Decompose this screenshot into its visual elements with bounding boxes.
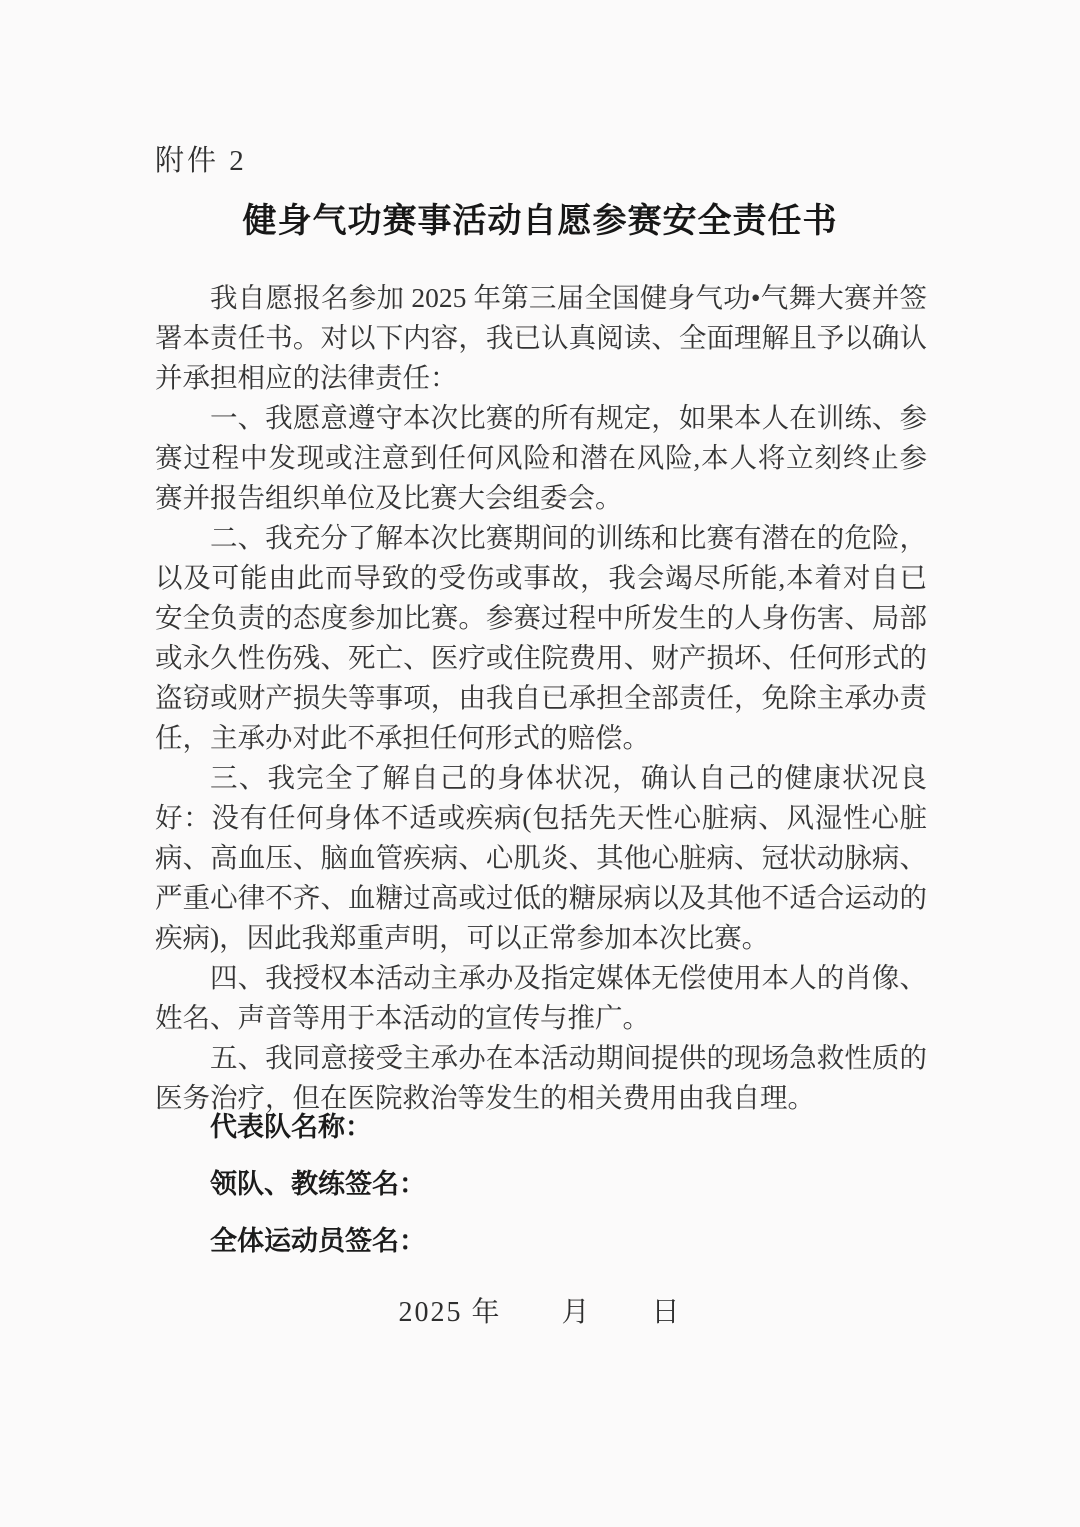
- paragraph-clause-2: 二、我充分了解本次比赛期间的训练和比赛有潜在的危险，以及可能由此而导致的受伤或事…: [155, 518, 927, 758]
- paragraph-clause-4: 四、我授权本活动主承办及指定媒体无偿使用本人的肖像、姓名、声音等用于本活动的宣传…: [155, 958, 927, 1038]
- document-body: 我自愿报名参加 2025 年第三届全国健身气功•气舞大赛并签署本责任书。对以下内…: [155, 278, 927, 1118]
- paragraph-preamble: 我自愿报名参加 2025 年第三届全国健身气功•气舞大赛并签署本责任书。对以下内…: [155, 278, 927, 398]
- leader-coach-signature-label: 领队、教练签名：: [210, 1169, 426, 1199]
- paragraph-clause-5: 五、我同意接受主承办在本活动期间提供的现场急救性质的医务治疗，但在医院救治等发生…: [155, 1038, 927, 1118]
- paragraph-clause-3: 三、我完全了解自己的身体状况，确认自己的健康状况良好：没有任何身体不适或疾病(包…: [155, 758, 927, 958]
- athletes-signature-label: 全体运动员签名：: [210, 1226, 426, 1256]
- paragraph-clause-1: 一、我愿意遵守本次比赛的所有规定，如果本人在训练、参赛过程中发现或注意到任何风险…: [155, 398, 927, 518]
- document-title: 健身气功赛事活动自愿参赛安全责任书: [0, 193, 1080, 242]
- signature-block: 代表队名称： 领队、教练签名： 全体运动员签名：: [210, 1112, 426, 1283]
- team-name-label: 代表队名称：: [210, 1112, 426, 1142]
- attachment-label: 附件 2: [155, 138, 247, 179]
- document-page: 附件 2 健身气功赛事活动自愿参赛安全责任书 我自愿报名参加 2025 年第三届…: [0, 0, 1080, 1527]
- date-line: 2025 年 月 日: [0, 1290, 1080, 1330]
